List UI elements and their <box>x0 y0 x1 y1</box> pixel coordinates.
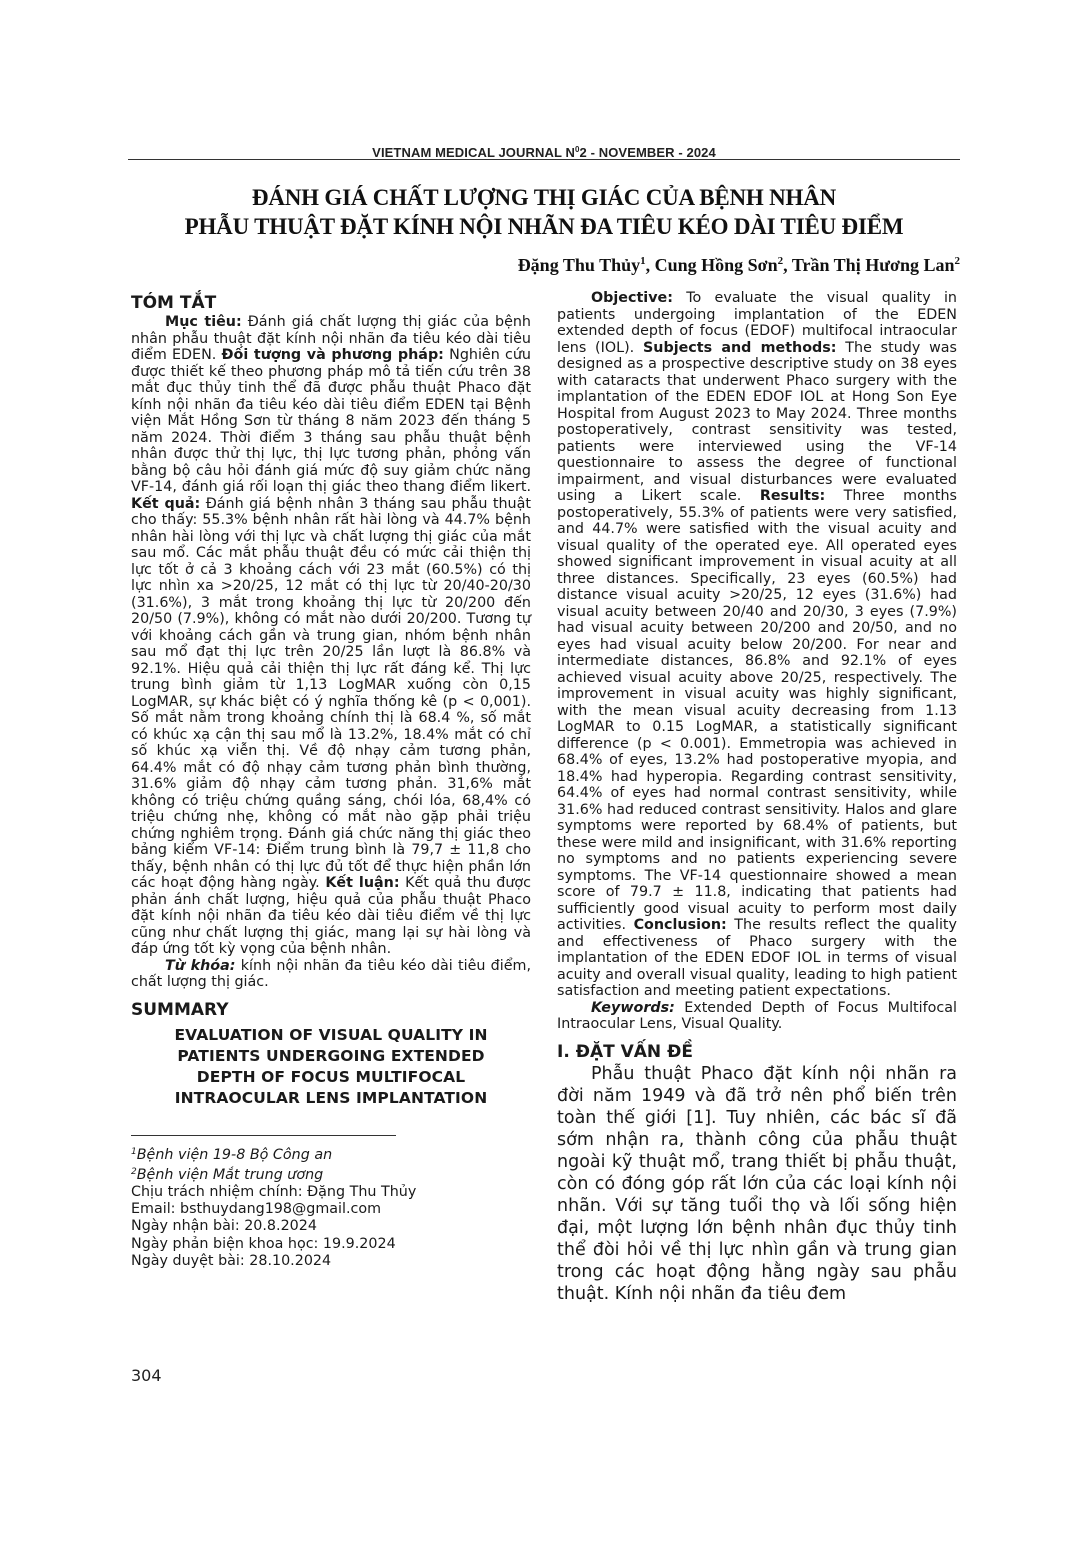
label-methods-vi: Đối tượng và phương pháp: <box>222 347 444 363</box>
journal-page: VIETNAM MEDICAL JOURNAL N02 - NOVEMBER -… <box>0 0 1090 1541</box>
title-line-2: PHẪU THUẬT ĐẶT KÍNH NỘI NHÃN ĐA TIÊU KÉO… <box>128 212 960 241</box>
left-column: TÓM TẮT Mục tiêu: Đánh giá chất lượng th… <box>131 292 531 1270</box>
english-title: EVALUATION OF VISUAL QUALITY IN PATIENTS… <box>131 1025 531 1109</box>
abstract-en-paragraph: Objective: To evaluate the visual qualit… <box>557 290 957 1000</box>
article-title: ĐÁNH GIÁ CHẤT LƯỢNG THỊ GIÁC CỦA BỆNH NH… <box>128 183 960 241</box>
affiliation-text: Bệnh viện 19-8 Bộ Công an <box>137 1147 332 1163</box>
english-title-line: INTRAOCULAR LENS IMPLANTATION <box>131 1088 531 1109</box>
running-head-text: VIETNAM MEDICAL JOURNAL N <box>372 145 575 160</box>
methods-en-text: The study was designed as a prospective … <box>557 340 957 505</box>
keywords-en: Keywords: Extended Depth of Focus Multif… <box>557 1000 957 1033</box>
corresponding-author: Chịu trách nhiệm chính: Đặng Thu Thủy <box>131 1184 531 1201</box>
date-received: Ngày nhận bài: 20.8.2024 <box>131 1218 531 1235</box>
affiliation-1: 1Bệnh viện 19-8 Bộ Công an <box>131 1144 531 1164</box>
label-keywords-vi: Từ khóa: <box>165 958 236 974</box>
page-number: 304 <box>131 1366 162 1385</box>
label-conclusion-vi: Kết luận: <box>325 875 399 891</box>
label-objective-en: Objective: <box>591 290 673 306</box>
label-results-vi: Kết quả: <box>131 496 200 512</box>
author-name: Cung Hồng Sơn <box>655 255 778 275</box>
methods-vi-text: Nghiên cứu được thiết kế theo phương phá… <box>131 347 531 495</box>
introduction-heading: I. ĐẶT VẤN ĐỀ <box>557 1041 957 1063</box>
footnote-divider <box>131 1135 396 1136</box>
author-separator: , <box>783 255 792 275</box>
label-results-en: Results: <box>760 488 825 504</box>
label-objective-vi: Mục tiêu: <box>165 314 242 330</box>
english-title-line: DEPTH OF FOCUS MULTIFOCAL <box>131 1067 531 1088</box>
affiliation-text: Bệnh viện Mắt trung ương <box>137 1167 324 1183</box>
label-conclusion-en: Conclusion: <box>634 917 727 933</box>
running-head: VIETNAM MEDICAL JOURNAL N02 - NOVEMBER -… <box>128 145 960 160</box>
right-column: Objective: To evaluate the visual qualit… <box>557 290 957 1305</box>
results-en-text: Three months postoperatively, 55.3% of p… <box>557 488 957 933</box>
english-title-line: PATIENTS UNDERGOING EXTENDED <box>131 1046 531 1067</box>
author-separator: , <box>646 255 655 275</box>
label-keywords-en: Keywords: <box>591 1000 675 1016</box>
author-list: Đặng Thu Thủy1, Cung Hồng Sơn2, Trần Thị… <box>518 255 960 276</box>
results-vi-text: Đánh giá bệnh nhân 3 tháng sau phẫu thuậ… <box>131 496 531 892</box>
affiliation-2: 2Bệnh viện Mắt trung ương <box>131 1164 531 1184</box>
summary-heading: SUMMARY <box>131 999 531 1021</box>
abstract-vi-paragraph: Mục tiêu: Đánh giá chất lượng thị giác c… <box>131 314 531 958</box>
running-head-text-after: 2 - NOVEMBER - 2024 <box>580 145 716 160</box>
header-divider <box>128 159 960 160</box>
title-line-1: ĐÁNH GIÁ CHẤT LƯỢNG THỊ GIÁC CỦA BỆNH NH… <box>128 183 960 212</box>
contact-email: Email: bsthuydang198@gmail.com <box>131 1201 531 1218</box>
introduction-paragraph: Phẫu thuật Phaco đặt kính nội nhãn ra đờ… <box>557 1063 957 1305</box>
author-affiliation-mark: 2 <box>955 255 961 267</box>
author-name: Đặng Thu Thủy <box>518 255 640 275</box>
keywords-vi: Từ khóa: kính nội nhãn đa tiêu kéo dài t… <box>131 958 531 991</box>
abstract-vi-heading: TÓM TẮT <box>131 292 531 314</box>
english-title-line: EVALUATION OF VISUAL QUALITY IN <box>131 1025 531 1046</box>
label-methods-en: Subjects and methods: <box>643 340 837 356</box>
footnotes: 1Bệnh viện 19-8 Bộ Công an 2Bệnh viện Mắ… <box>131 1144 531 1270</box>
date-reviewed: Ngày phản biện khoa học: 19.9.2024 <box>131 1236 531 1253</box>
author-name: Trần Thị Hương Lan <box>792 255 955 275</box>
date-accepted: Ngày duyệt bài: 28.10.2024 <box>131 1253 531 1270</box>
